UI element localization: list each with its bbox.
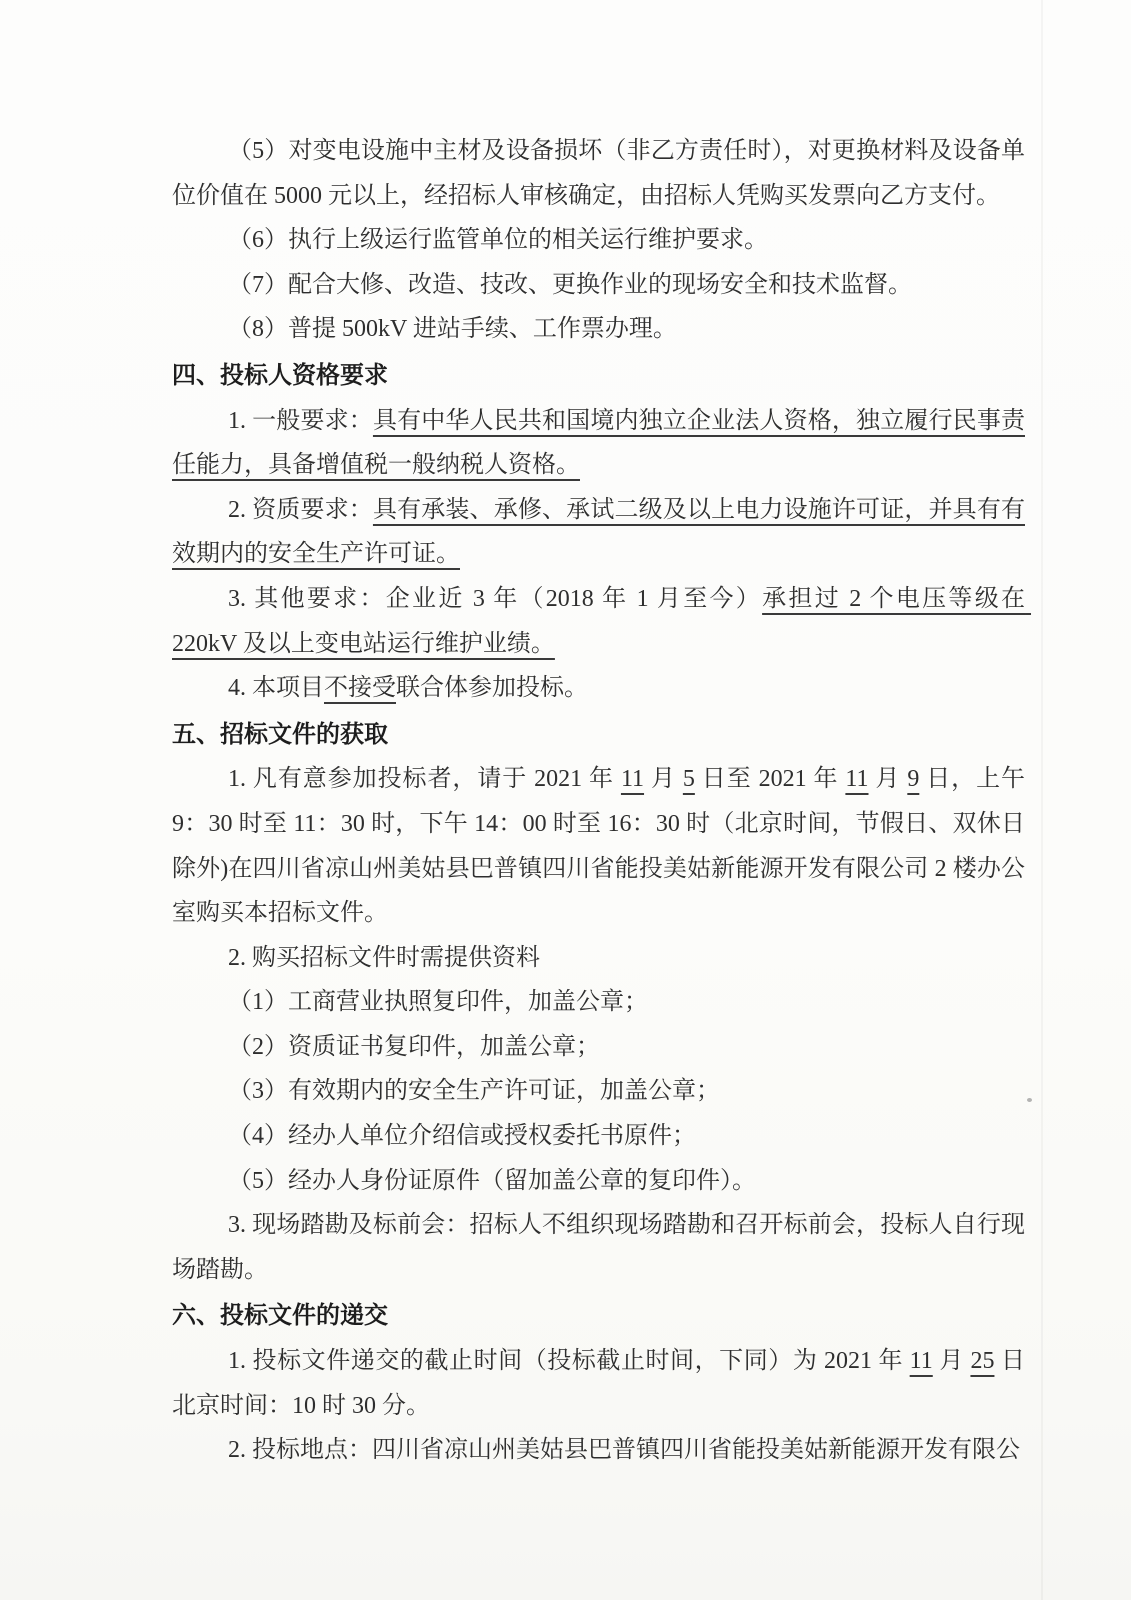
paragraph: （4）经办人单位介绍信或授权委托书原件；	[172, 1114, 1025, 1159]
paragraph: 1. 投标文件递交的截止时间（投标截止时间，下同）为 2021 年 11 月 2…	[172, 1339, 1025, 1428]
paragraph: 1. 一般要求：具有中华人民共和国境内独立企业法人资格，独立履行民事责任能力，具…	[172, 399, 1025, 488]
text-run: 月	[644, 766, 683, 792]
text-run: 六、投标文件的递交	[172, 1303, 388, 1329]
text-run: （7）配合大修、改造、技改、更换作业的现场安全和技术监督。	[228, 272, 912, 298]
underlined-text-run: 9	[907, 766, 919, 792]
scan-streak	[1041, 0, 1043, 1600]
paragraph: 2. 投标地点：四川省凉山州美姑县巴普镇四川省能投美姑新能源开发有限公	[172, 1428, 1025, 1473]
text-run: 月	[933, 1348, 971, 1374]
document-body: （5）对变电设施中主材及设备损坏（非乙方责任时），对更换材料及设备单位价值在 5…	[172, 129, 1025, 1473]
underlined-text-run: 25	[970, 1348, 994, 1374]
text-run: （4）经办人单位介绍信或授权委托书原件；	[228, 1123, 696, 1149]
paragraph: （2）资质证书复印件，加盖公章；	[172, 1025, 1025, 1070]
underlined-text-run: 5	[683, 766, 695, 792]
text-run: 四、投标人资格要求	[172, 363, 388, 389]
text-run: 3. 其他要求：企业近 3 年（2018 年 1 月至今）	[228, 586, 762, 612]
text-run: 1. 凡有意参加投标者，请于 2021 年	[228, 766, 621, 792]
text-run: （6）执行上级运行监管单位的相关运行维护要求。	[228, 227, 768, 253]
text-run: 4. 本项目	[228, 675, 324, 701]
paragraph: （8）普提 500kV 进站手续、工作票办理。	[172, 307, 1025, 352]
paragraph: （5）经办人身份证原件（留加盖公章的复印件）。	[172, 1159, 1025, 1204]
text-run: 月	[869, 766, 908, 792]
section-heading: 五、招标文件的获取	[172, 713, 1025, 758]
text-run: （1）工商营业执照复印件，加盖公章；	[228, 989, 648, 1015]
text-run: （3）有效期内的安全生产许可证，加盖公章；	[228, 1078, 720, 1104]
underlined-text-run: 11	[845, 766, 868, 792]
text-run: 2. 资质要求：	[228, 497, 373, 523]
text-run: 2. 投标地点：四川省凉山州美姑县巴普镇四川省能投美姑新能源开发有限公	[228, 1437, 1020, 1463]
text-run: 五、招标文件的获取	[172, 722, 388, 748]
text-run: 3. 现场踏勘及标前会：招标人不组织现场踏勘和召开标前会，投标人自行现场踏勘。	[172, 1212, 1025, 1283]
text-run: 日至 2021 年	[695, 766, 846, 792]
text-run: （5）经办人身份证原件（留加盖公章的复印件）。	[228, 1168, 756, 1194]
underlined-text-run: 不接受	[324, 675, 396, 701]
text-run: （8）普提 500kV 进站手续、工作票办理。	[228, 316, 677, 342]
text-run: 联合体参加投标。	[396, 675, 588, 701]
text-run: 2. 购买招标文件时需提供资料	[228, 945, 540, 971]
paragraph: （6）执行上级运行监管单位的相关运行维护要求。	[172, 218, 1025, 263]
underlined-text-run: 11	[910, 1348, 933, 1374]
scan-speck	[1027, 1098, 1032, 1102]
text-run: （5）对变电设施中主材及设备损坏（非乙方责任时），对更换材料及设备单位价值在 5…	[172, 138, 1025, 209]
paragraph: 2. 购买招标文件时需提供资料	[172, 936, 1025, 981]
paragraph: 3. 现场踏勘及标前会：招标人不组织现场踏勘和召开标前会，投标人自行现场踏勘。	[172, 1203, 1025, 1292]
text-run: 1. 投标文件递交的截止时间（投标截止时间，下同）为 2021 年	[228, 1348, 910, 1374]
document-page: （5）对变电设施中主材及设备损坏（非乙方责任时），对更换材料及设备单位价值在 5…	[0, 0, 1131, 1600]
paragraph: 3. 其他要求：企业近 3 年（2018 年 1 月至今）承担过 2 个电压等级…	[172, 577, 1025, 666]
paragraph: 4. 本项目不接受联合体参加投标。	[172, 666, 1025, 711]
text-run: （2）资质证书复印件，加盖公章；	[228, 1034, 600, 1060]
paragraph: 1. 凡有意参加投标者，请于 2021 年 11 月 5 日至 2021 年 1…	[172, 757, 1025, 935]
underlined-text-run: 11	[621, 766, 644, 792]
paragraph: 2. 资质要求：具有承装、承修、承试二级及以上电力设施许可证，并具有有效期内的安…	[172, 488, 1025, 577]
paragraph: （7）配合大修、改造、技改、更换作业的现场安全和技术监督。	[172, 263, 1025, 308]
paragraph: （3）有效期内的安全生产许可证，加盖公章；	[172, 1069, 1025, 1114]
section-heading: 六、投标文件的递交	[172, 1294, 1025, 1339]
section-heading: 四、投标人资格要求	[172, 354, 1025, 399]
text-run: 1. 一般要求：	[228, 408, 373, 434]
paragraph: （1）工商营业执照复印件，加盖公章；	[172, 980, 1025, 1025]
paragraph: （5）对变电设施中主材及设备损坏（非乙方责任时），对更换材料及设备单位价值在 5…	[172, 129, 1025, 218]
